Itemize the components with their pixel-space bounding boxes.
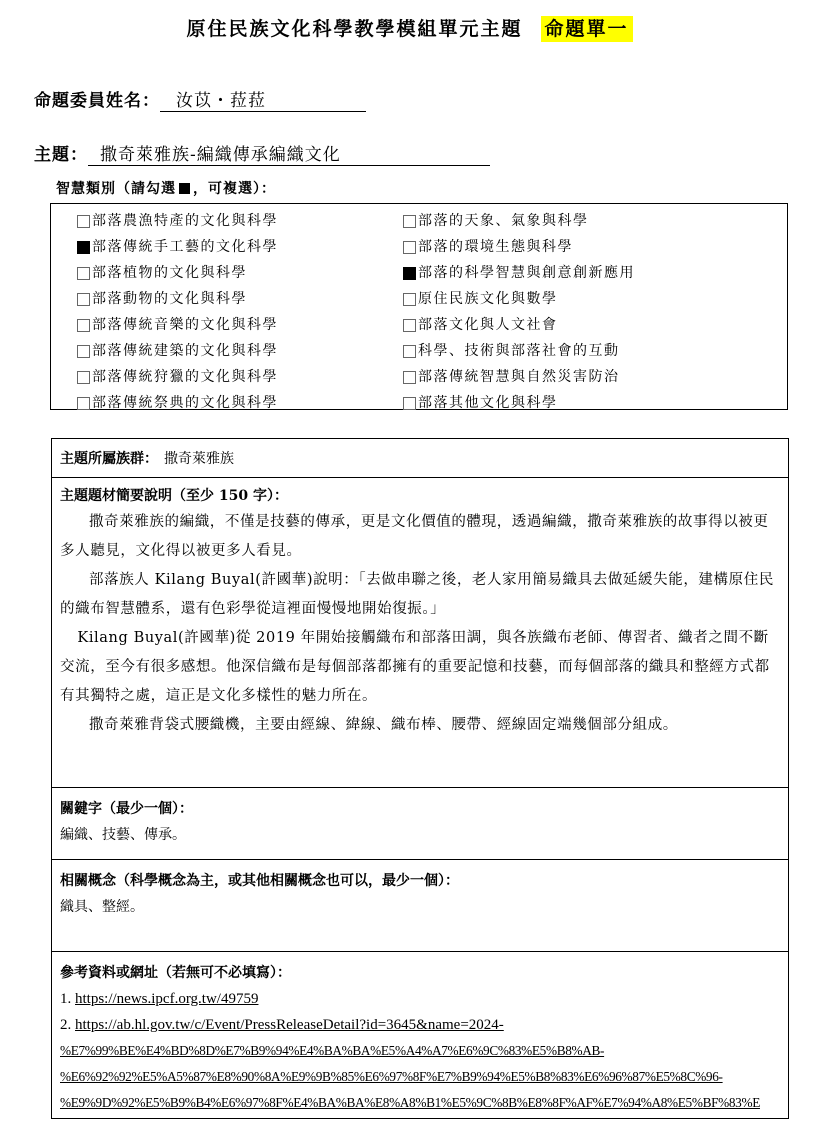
checkbox-icon[interactable] [403,371,416,384]
category-label: 部落傳統音樂的文化與科學 [92,315,278,335]
category-item[interactable]: 部落傳統音樂的文化與科學 [77,312,278,338]
category-title-suffix: ，可複選）： [193,181,276,197]
page-title: 原住民族文化科學教學模組單元主題命題單一 [0,14,819,41]
description-label: 主題題材簡要說明（至少 150 字）： [60,484,780,508]
reference-link[interactable]: https://news.ipcf.org.tw/49759 [75,991,258,1007]
description-paragraph[interactable]: 撒奇萊雅背袋式腰織機，主要由經線、緯線、織布棒、腰帶、經線固定端幾個部分組成。 [60,711,780,740]
checkbox-icon[interactable] [403,319,416,332]
checkbox-icon[interactable] [403,215,416,228]
category-label: 原住民族文化與數學 [418,289,558,309]
category-label: 部落動物的文化與科學 [92,289,247,309]
category-item[interactable]: 部落的環境生態與科學 [403,234,635,260]
category-item[interactable]: 部落的科學智慧與創意創新應用 [403,260,635,286]
category-label: 部落傳統狩獵的文化與科學 [92,367,278,387]
reference-number: 1. [60,991,71,1007]
checkbox-checked-icon[interactable] [77,241,90,254]
topic-field: 主題：撒奇萊雅族-編織傳承編織文化 [34,140,490,166]
description-paragraph[interactable]: Kilang Buyal(許國華)從 2019 年開始接觸織布和部落田調，與各族… [60,624,780,711]
author-label: 命題委員姓名： [34,91,160,111]
category-column-right: 部落的天象、氣象與科學 部落的環境生態與科學 部落的科學智慧與創意創新應用 原住… [403,208,635,416]
checkbox-icon[interactable] [77,397,90,410]
category-table: 部落農漁特產的文化與科學 部落傳統手工藝的文化科學 部落植物的文化與科學 部落動… [50,203,788,410]
category-item[interactable]: 部落的天象、氣象與科學 [403,208,635,234]
category-label: 部落其他文化與科學 [418,393,558,413]
checkbox-icon[interactable] [403,293,416,306]
category-label: 部落傳統祭典的文化與科學 [92,393,278,413]
keywords-label: 關鍵字（最少一個）： [60,796,780,822]
checkbox-icon[interactable] [77,293,90,306]
category-label: 部落農漁特產的文化與科學 [92,211,278,231]
checkbox-icon[interactable] [77,267,90,280]
reference-number: 2. [60,1017,71,1033]
references-row: 參考資料或網址（若無可不必填寫）： 1. https://news.ipcf.o… [52,951,788,1118]
category-item[interactable]: 部落傳統祭典的文化與科學 [77,390,278,416]
category-item[interactable]: 原住民族文化與數學 [403,286,635,312]
keywords-row: 關鍵字（最少一個）： 編織、技藝、傳承。 [52,787,788,859]
reference-link-continued[interactable]: %E7%99%BE%E4%BD%8D%E7%B9%94%E4%BA%BA%E5%… [60,1043,604,1058]
ethnic-group-row: 主題所屬族群：撒奇萊雅族 [52,439,788,477]
reference-item-continued: %E9%9D%92%E5%B9%B4%E6%97%8F%E4%BA%BA%E8%… [60,1090,780,1116]
checkbox-icon[interactable] [77,319,90,332]
reference-link-continued[interactable]: %E9%9D%92%E5%B9%B4%E6%97%8F%E4%BA%BA%E8%… [60,1095,760,1110]
category-title-prefix: 智慧類別（請勾選 [56,181,176,197]
checkbox-icon[interactable] [403,241,416,254]
category-label: 部落的天象、氣象與科學 [418,211,589,231]
reference-item-continued: %E6%92%92%E5%A5%87%E8%90%8A%E9%9B%85%E6%… [60,1064,780,1090]
checkbox-icon[interactable] [77,345,90,358]
category-label: 部落的環境生態與科學 [418,237,573,257]
category-item[interactable]: 部落傳統手工藝的文化科學 [77,234,278,260]
category-item[interactable]: 科學、技術與部落社會的互動 [403,338,635,364]
ethnic-group-label: 主題所屬族群： [60,451,158,467]
category-label: 部落的科學智慧與創意創新應用 [418,263,635,283]
author-field: 命題委員姓名：汝苡・菈菈 [34,86,366,112]
category-item[interactable]: 部落動物的文化與科學 [77,286,278,312]
description-paragraph[interactable]: 撒奇萊雅族的編織，不僅是技藝的傳承，更是文化價值的體現，透過編織，撒奇萊雅族的故… [60,508,780,566]
category-item[interactable]: 部落傳統建築的文化與科學 [77,338,278,364]
category-item[interactable]: 部落植物的文化與科學 [77,260,278,286]
category-item[interactable]: 部落農漁特產的文化與科學 [77,208,278,234]
reference-item: 1. https://news.ipcf.org.tw/49759 [60,986,780,1012]
category-label: 科學、技術與部落社會的互動 [418,341,620,361]
reference-link-continued[interactable]: %E6%92%92%E5%A5%87%E8%90%8A%E9%9B%85%E6%… [60,1069,723,1084]
details-table: 主題所屬族群：撒奇萊雅族 主題題材簡要說明（至少 150 字）： 撒奇萊雅族的編… [51,438,789,1119]
category-label: 部落傳統智慧與自然災害防治 [418,367,620,387]
category-label: 部落文化與人文社會 [418,315,558,335]
author-value[interactable]: 汝苡・菈菈 [160,86,366,112]
category-item[interactable]: 部落傳統智慧與自然災害防治 [403,364,635,390]
reference-item-continued: %E7%99%BE%E4%BD%8D%E7%B9%94%E4%BA%BA%E5%… [60,1038,780,1064]
category-label: 部落傳統手工藝的文化科學 [92,237,278,257]
filled-square-icon [179,183,190,194]
concepts-value[interactable]: 織具、整經。 [60,894,780,920]
ethnic-group-value[interactable]: 撒奇萊雅族 [164,451,234,467]
title-tag-highlight: 命題單一 [541,16,633,42]
concepts-row: 相關概念（科學概念為主，或其他相關概念也可以，最少一個）： 織具、整經。 [52,859,788,951]
checkbox-icon[interactable] [403,397,416,410]
checkbox-icon[interactable] [77,215,90,228]
checkbox-checked-icon[interactable] [403,267,416,280]
topic-label: 主題： [34,145,88,165]
checkbox-icon[interactable] [77,371,90,384]
description-paragraph[interactable]: 部落族人 Kilang Buyal(許國華)說明：「去做串聯之後，老人家用簡易織… [60,566,780,624]
category-item[interactable]: 部落傳統狩獵的文化與科學 [77,364,278,390]
references-label: 參考資料或網址（若無可不必填寫）： [60,960,780,986]
category-label: 部落植物的文化與科學 [92,263,247,283]
topic-value[interactable]: 撒奇萊雅族-編織傳承編織文化 [88,140,490,166]
category-column-left: 部落農漁特產的文化與科學 部落傳統手工藝的文化科學 部落植物的文化與科學 部落動… [77,208,278,416]
reference-item: 2. https://ab.hl.gov.tw/c/Event/PressRel… [60,1012,780,1038]
category-label: 部落傳統建築的文化與科學 [92,341,278,361]
checkbox-icon[interactable] [403,345,416,358]
keywords-value[interactable]: 編織、技藝、傳承。 [60,822,780,848]
description-row: 主題題材簡要說明（至少 150 字）： 撒奇萊雅族的編織，不僅是技藝的傳承，更是… [52,477,788,787]
reference-link[interactable]: https://ab.hl.gov.tw/c/Event/PressReleas… [75,1017,504,1033]
category-item[interactable]: 部落文化與人文社會 [403,312,635,338]
category-item[interactable]: 部落其他文化與科學 [403,390,635,416]
concepts-label: 相關概念（科學概念為主，或其他相關概念也可以，最少一個）： [60,868,780,894]
title-text: 原住民族文化科學教學模組單元主題 [186,18,522,40]
category-title: 智慧類別（請勾選，可複選）： [56,178,276,198]
